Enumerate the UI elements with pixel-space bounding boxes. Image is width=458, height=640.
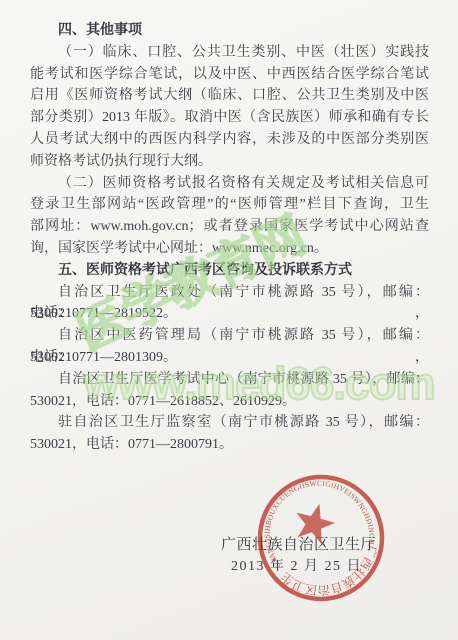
scanned-document-page: 四、其他事项 （一）临床、口腔、公共卫生类别、中医（壮医）实践技 能考试和医学综… [0, 0, 458, 640]
signature-date: 2013 年 2 月 25 日 [231, 555, 362, 575]
signature-organization: 广西壮族自治区卫生厅 [221, 533, 376, 554]
doc-line: 启用《医师资格考试大纲（临床、口腔、公共卫生类别及中医 [30, 85, 429, 107]
doc-line: 自治区中医药管理局（南宁市桃源路 35 号），邮编：530021， [30, 325, 429, 347]
doc-line: 自治区卫生厅医学考试中心（南宁市桃源路 35 号），邮编： [30, 369, 429, 391]
doc-line: （二）医师资格考试报名资格有关规定及考试相关信息可 [30, 173, 429, 195]
doc-line: 驻自治区卫生厅监察室（南宁市桃源路 35 号），邮编： [30, 412, 429, 434]
doc-line: 530021，电话：0771—2800791。 [30, 434, 429, 456]
doc-line: 询，国家医学考试中心网址：www.nmec.org.cn。 [30, 238, 429, 260]
doc-line: 登录卫生部网站“医政管理”的“医师管理”栏目下查询，卫生 [30, 194, 429, 216]
doc-line: 师资格考试仍执行现行大纲。 [30, 151, 429, 173]
doc-line: 人员考试大纲中的西医内科学内容，未涉及的中医部分类别医 [30, 129, 429, 151]
section-5-heading: 五、医师资格考试广西考区咨询及投诉联系方式 [30, 260, 429, 282]
doc-line: 能考试和医学综合笔试，以及中医、中西医结合医学综合笔试 [30, 64, 429, 86]
doc-line: 自治区卫生厅医政处（南宁市桃源路 35 号），邮编：530021， [30, 282, 429, 304]
doc-line: （一）临床、口腔、公共卫生类别、中医（壮医）实践技 [30, 42, 429, 64]
doc-line: 部网址：www.moh.gov.cn；或者登录国家医学考试中心网站查 [30, 216, 429, 238]
section-4-heading: 四、其他事项 [30, 20, 429, 42]
document-body: 四、其他事项 （一）临床、口腔、公共卫生类别、中医（壮医）实践技 能考试和医学综… [30, 20, 429, 456]
doc-line: 530021，电话：0771—2618852、2610929。 [30, 391, 429, 413]
doc-line: 部分类别）2013 年版》。取消中医（含民族医）师承和确有专长 [30, 107, 429, 129]
